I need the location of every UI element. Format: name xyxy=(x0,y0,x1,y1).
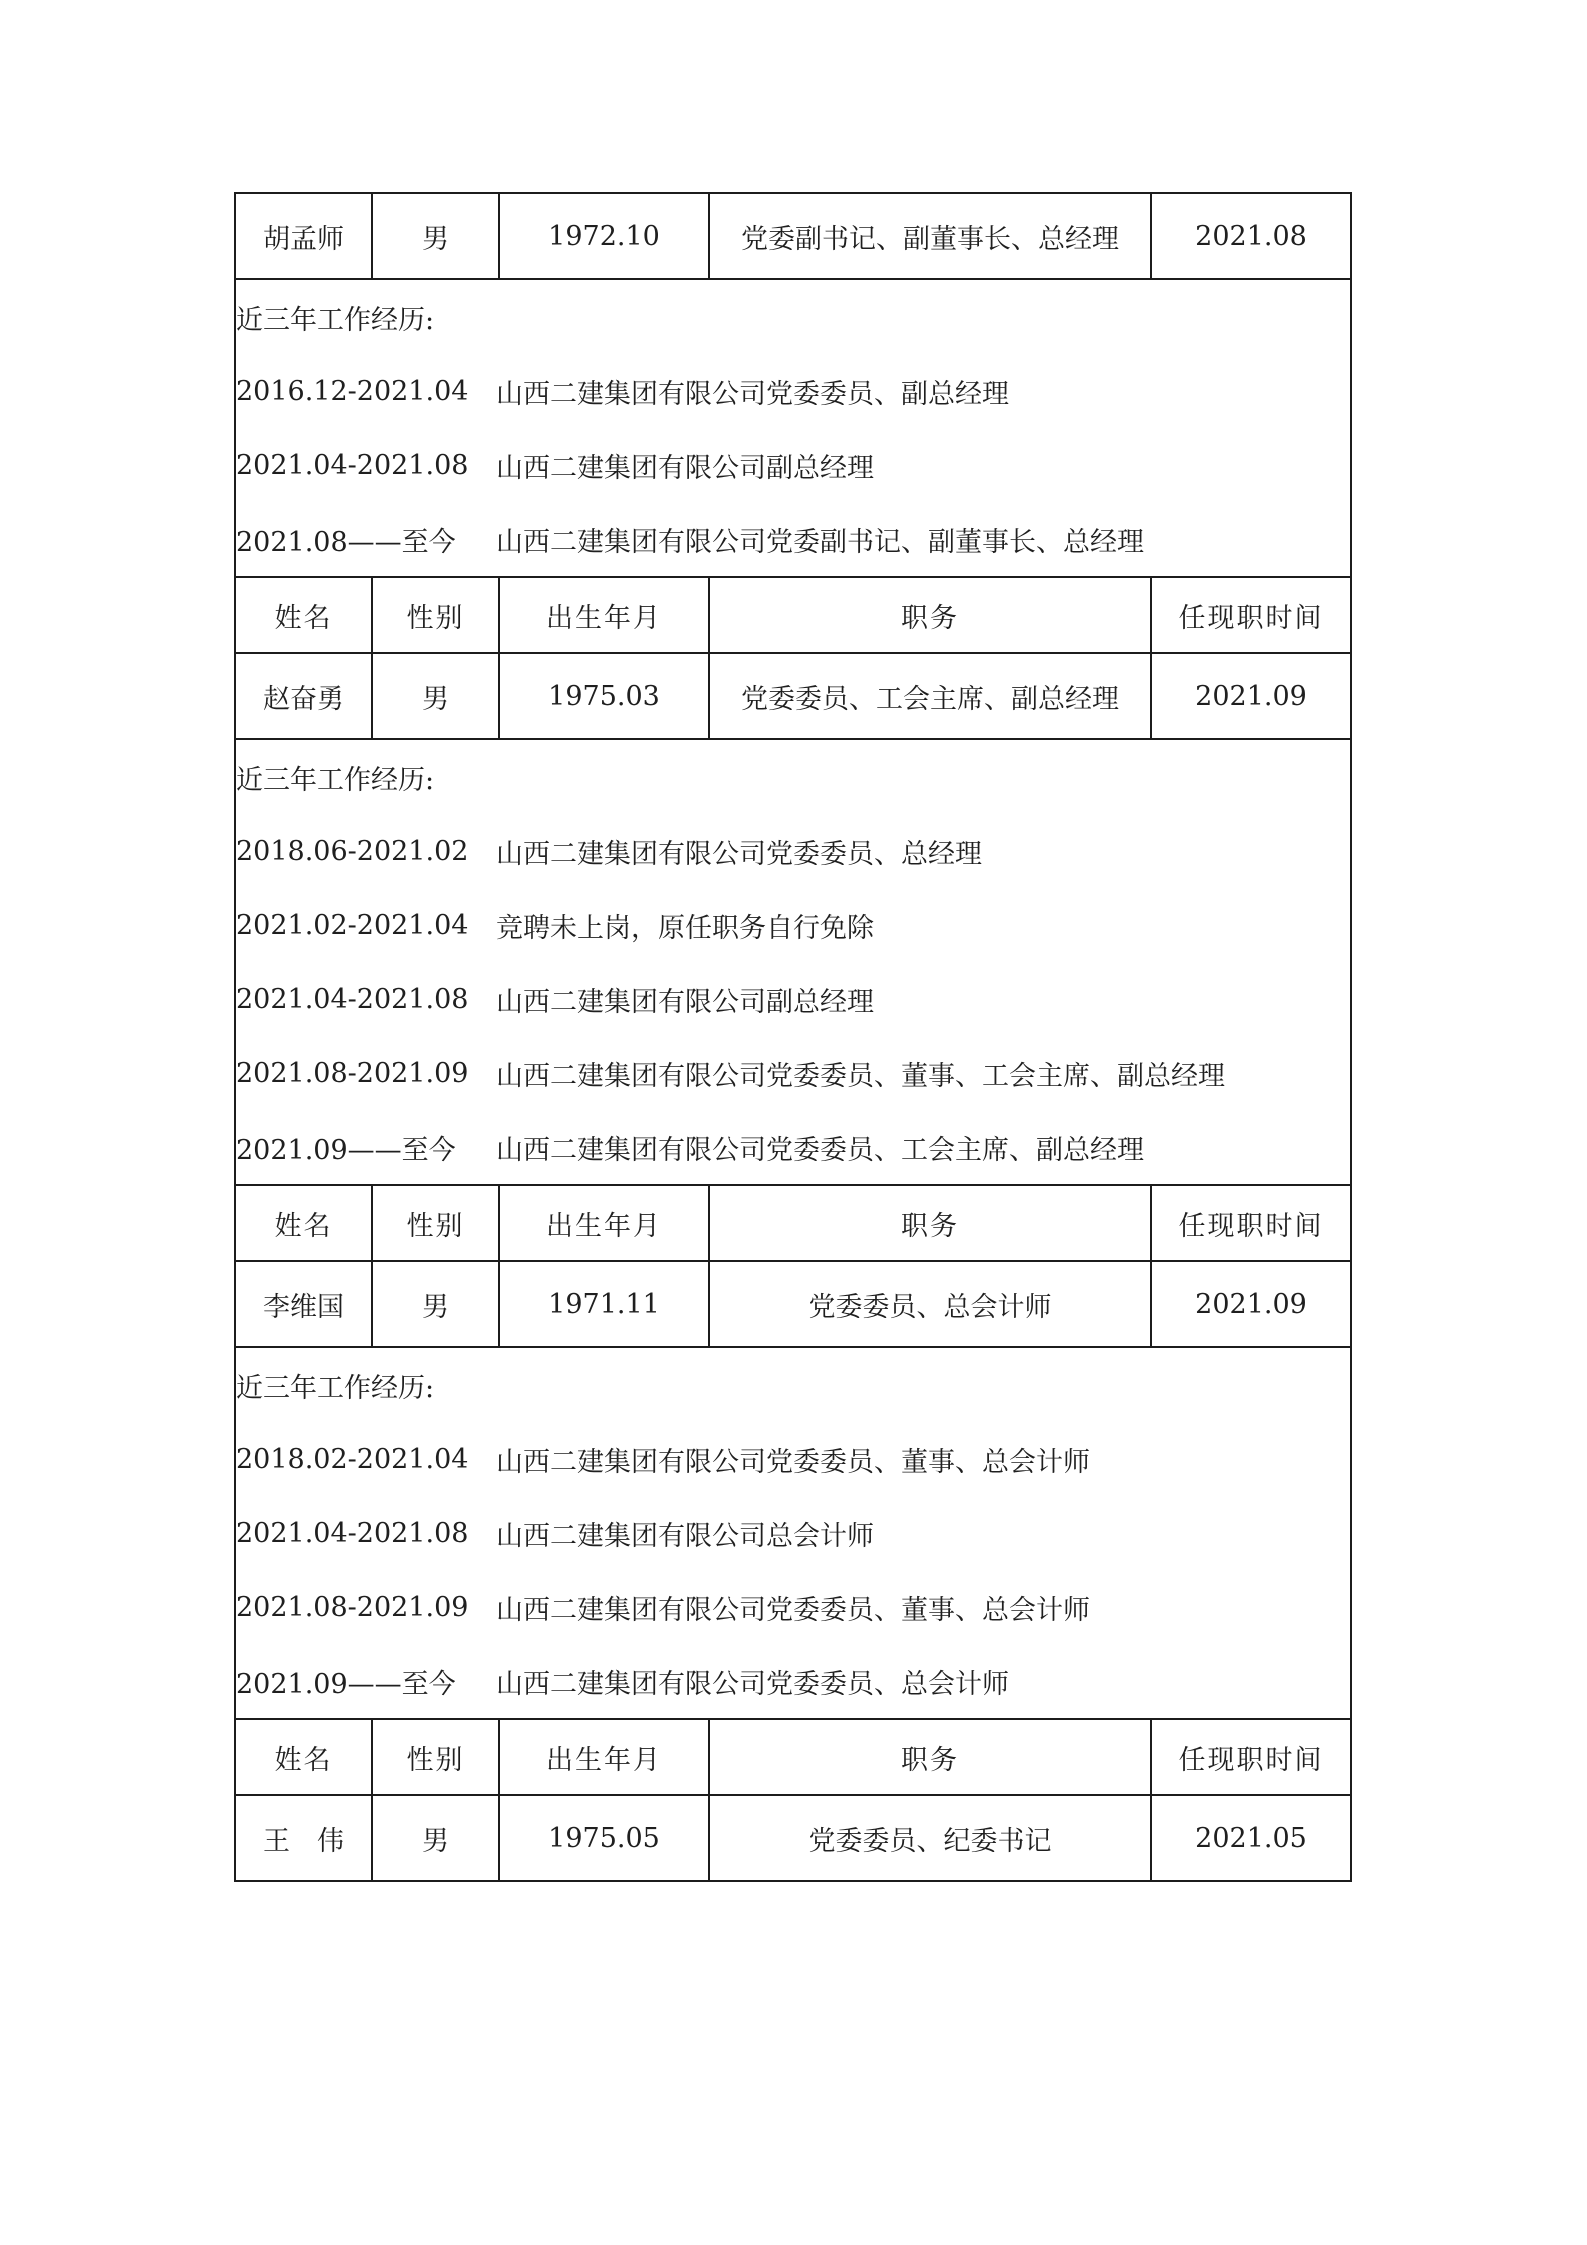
person-row: 赵奋勇男1975.03党委委员、工会主席、副总经理2021.09 xyxy=(235,653,1351,739)
person-row: 李维国男1971.11党委委员、总会计师2021.09 xyxy=(235,1261,1351,1347)
history-entry: 2021.09——至今山西二建集团有限公司党委委员、总会计师 xyxy=(236,1644,1350,1718)
person-birth-cell: 1975.05 xyxy=(499,1795,709,1881)
history-period: 2016.12-2021.04 xyxy=(236,376,496,407)
person-birth-cell: 1971.11 xyxy=(499,1261,709,1347)
history-period: 2018.02-2021.04 xyxy=(236,1444,496,1475)
person-since-cell: 2021.09 xyxy=(1151,1261,1351,1347)
personnel-table: 胡孟师男1972.10党委副书记、副董事长、总经理2021.08近三年工作经历:… xyxy=(234,192,1352,1882)
history-desc: 山西二建集团有限公司党委委员、总经理 xyxy=(496,832,982,871)
history-desc: 山西二建集团有限公司党委副书记、副董事长、总经理 xyxy=(496,520,1144,559)
history-period: 2021.04-2021.08 xyxy=(236,1518,496,1549)
header-cell-3: 职务 xyxy=(709,1185,1151,1261)
history-entry: 2021.04-2021.08山西二建集团有限公司副总经理 xyxy=(236,428,1350,502)
person-since-cell: 2021.08 xyxy=(1151,193,1351,279)
history-row: 近三年工作经历:2018.02-2021.04山西二建集团有限公司党委委员、董事… xyxy=(235,1347,1351,1719)
header-cell-2: 出生年月 xyxy=(499,1719,709,1795)
history-row: 近三年工作经历:2016.12-2021.04山西二建集团有限公司党委委员、副总… xyxy=(235,279,1351,577)
history-cell: 近三年工作经历:2018.06-2021.02山西二建集团有限公司党委委员、总经… xyxy=(235,739,1351,1185)
history-desc: 竞聘未上岗，原任职务自行免除 xyxy=(496,906,874,945)
history-desc: 山西二建集团有限公司副总经理 xyxy=(496,446,874,485)
history-label-line: 近三年工作经历: xyxy=(236,280,1350,354)
person-name-cell: 胡孟师 xyxy=(235,193,372,279)
header-cell-1: 性别 xyxy=(372,577,499,653)
person-name-cell: 王 伟 xyxy=(235,1795,372,1881)
history-desc: 山西二建集团有限公司党委委员、总会计师 xyxy=(496,1662,1009,1701)
history-row: 近三年工作经历:2018.06-2021.02山西二建集团有限公司党委委员、总经… xyxy=(235,739,1351,1185)
history-entry: 2021.08-2021.09山西二建集团有限公司党委委员、董事、工会主席、副总… xyxy=(236,1036,1350,1110)
person-gender-cell: 男 xyxy=(372,653,499,739)
header-cell-4: 任现职时间 xyxy=(1151,1185,1351,1261)
document-page: 胡孟师男1972.10党委副书记、副董事长、总经理2021.08近三年工作经历:… xyxy=(0,0,1587,2245)
history-label: 近三年工作经历: xyxy=(236,758,434,797)
history-desc: 山西二建集团有限公司党委委员、董事、总会计师 xyxy=(496,1440,1090,1479)
person-row: 胡孟师男1972.10党委副书记、副董事长、总经理2021.08 xyxy=(235,193,1351,279)
history-period: 2021.08——至今 xyxy=(236,520,496,559)
history-entry: 2021.04-2021.08山西二建集团有限公司总会计师 xyxy=(236,1496,1350,1570)
history-entry: 2021.08-2021.09山西二建集团有限公司党委委员、董事、总会计师 xyxy=(236,1570,1350,1644)
header-cell-2: 出生年月 xyxy=(499,577,709,653)
person-position-cell: 党委副书记、副董事长、总经理 xyxy=(709,193,1151,279)
person-name-cell: 赵奋勇 xyxy=(235,653,372,739)
header-cell-4: 任现职时间 xyxy=(1151,577,1351,653)
person-gender-cell: 男 xyxy=(372,1795,499,1881)
person-row: 王 伟男1975.05党委委员、纪委书记2021.05 xyxy=(235,1795,1351,1881)
history-cell: 近三年工作经历:2018.02-2021.04山西二建集团有限公司党委委员、董事… xyxy=(235,1347,1351,1719)
history-entry: 2021.09——至今山西二建集团有限公司党委委员、工会主席、副总经理 xyxy=(236,1110,1350,1184)
header-cell-3: 职务 xyxy=(709,577,1151,653)
history-period: 2021.08-2021.09 xyxy=(236,1592,496,1623)
header-cell-2: 出生年月 xyxy=(499,1185,709,1261)
history-entry: 2016.12-2021.04山西二建集团有限公司党委委员、副总经理 xyxy=(236,354,1350,428)
person-gender-cell: 男 xyxy=(372,193,499,279)
history-period: 2021.02-2021.04 xyxy=(236,910,496,941)
history-period: 2021.08-2021.09 xyxy=(236,1058,496,1089)
history-period: 2021.09——至今 xyxy=(236,1128,496,1167)
person-since-cell: 2021.05 xyxy=(1151,1795,1351,1881)
header-cell-0: 姓名 xyxy=(235,1185,372,1261)
history-period: 2021.09——至今 xyxy=(236,1662,496,1701)
person-position-cell: 党委委员、工会主席、副总经理 xyxy=(709,653,1151,739)
person-birth-cell: 1972.10 xyxy=(499,193,709,279)
history-desc: 山西二建集团有限公司总会计师 xyxy=(496,1514,874,1553)
header-cell-3: 职务 xyxy=(709,1719,1151,1795)
table-header-row: 姓名性别出生年月职务任现职时间 xyxy=(235,1185,1351,1261)
history-label-line: 近三年工作经历: xyxy=(236,740,1350,814)
history-desc: 山西二建集团有限公司党委委员、董事、工会主席、副总经理 xyxy=(496,1054,1225,1093)
history-period: 2021.04-2021.08 xyxy=(236,450,496,481)
person-since-cell: 2021.09 xyxy=(1151,653,1351,739)
person-name-cell: 李维国 xyxy=(235,1261,372,1347)
history-cell: 近三年工作经历:2016.12-2021.04山西二建集团有限公司党委委员、副总… xyxy=(235,279,1351,577)
header-cell-1: 性别 xyxy=(372,1719,499,1795)
person-position-cell: 党委委员、总会计师 xyxy=(709,1261,1151,1347)
header-cell-4: 任现职时间 xyxy=(1151,1719,1351,1795)
history-entry: 2018.06-2021.02山西二建集团有限公司党委委员、总经理 xyxy=(236,814,1350,888)
history-desc: 山西二建集团有限公司副总经理 xyxy=(496,980,874,1019)
person-position-cell: 党委委员、纪委书记 xyxy=(709,1795,1151,1881)
personnel-table-body: 胡孟师男1972.10党委副书记、副董事长、总经理2021.08近三年工作经历:… xyxy=(235,193,1351,1881)
history-entry: 2021.04-2021.08山西二建集团有限公司副总经理 xyxy=(236,962,1350,1036)
table-header-row: 姓名性别出生年月职务任现职时间 xyxy=(235,1719,1351,1795)
history-desc: 山西二建集团有限公司党委委员、董事、总会计师 xyxy=(496,1588,1090,1627)
history-label: 近三年工作经历: xyxy=(236,1366,434,1405)
history-entry: 2018.02-2021.04山西二建集团有限公司党委委员、董事、总会计师 xyxy=(236,1422,1350,1496)
history-label-line: 近三年工作经历: xyxy=(236,1348,1350,1422)
history-entry: 2021.08——至今山西二建集团有限公司党委副书记、副董事长、总经理 xyxy=(236,502,1350,576)
history-period: 2018.06-2021.02 xyxy=(236,836,496,867)
history-desc: 山西二建集团有限公司党委委员、副总经理 xyxy=(496,372,1009,411)
history-label: 近三年工作经历: xyxy=(236,298,434,337)
header-cell-0: 姓名 xyxy=(235,1719,372,1795)
history-desc: 山西二建集团有限公司党委委员、工会主席、副总经理 xyxy=(496,1128,1144,1167)
history-entry: 2021.02-2021.04竞聘未上岗，原任职务自行免除 xyxy=(236,888,1350,962)
person-gender-cell: 男 xyxy=(372,1261,499,1347)
person-birth-cell: 1975.03 xyxy=(499,653,709,739)
header-cell-1: 性别 xyxy=(372,1185,499,1261)
history-period: 2021.04-2021.08 xyxy=(236,984,496,1015)
header-cell-0: 姓名 xyxy=(235,577,372,653)
table-header-row: 姓名性别出生年月职务任现职时间 xyxy=(235,577,1351,653)
